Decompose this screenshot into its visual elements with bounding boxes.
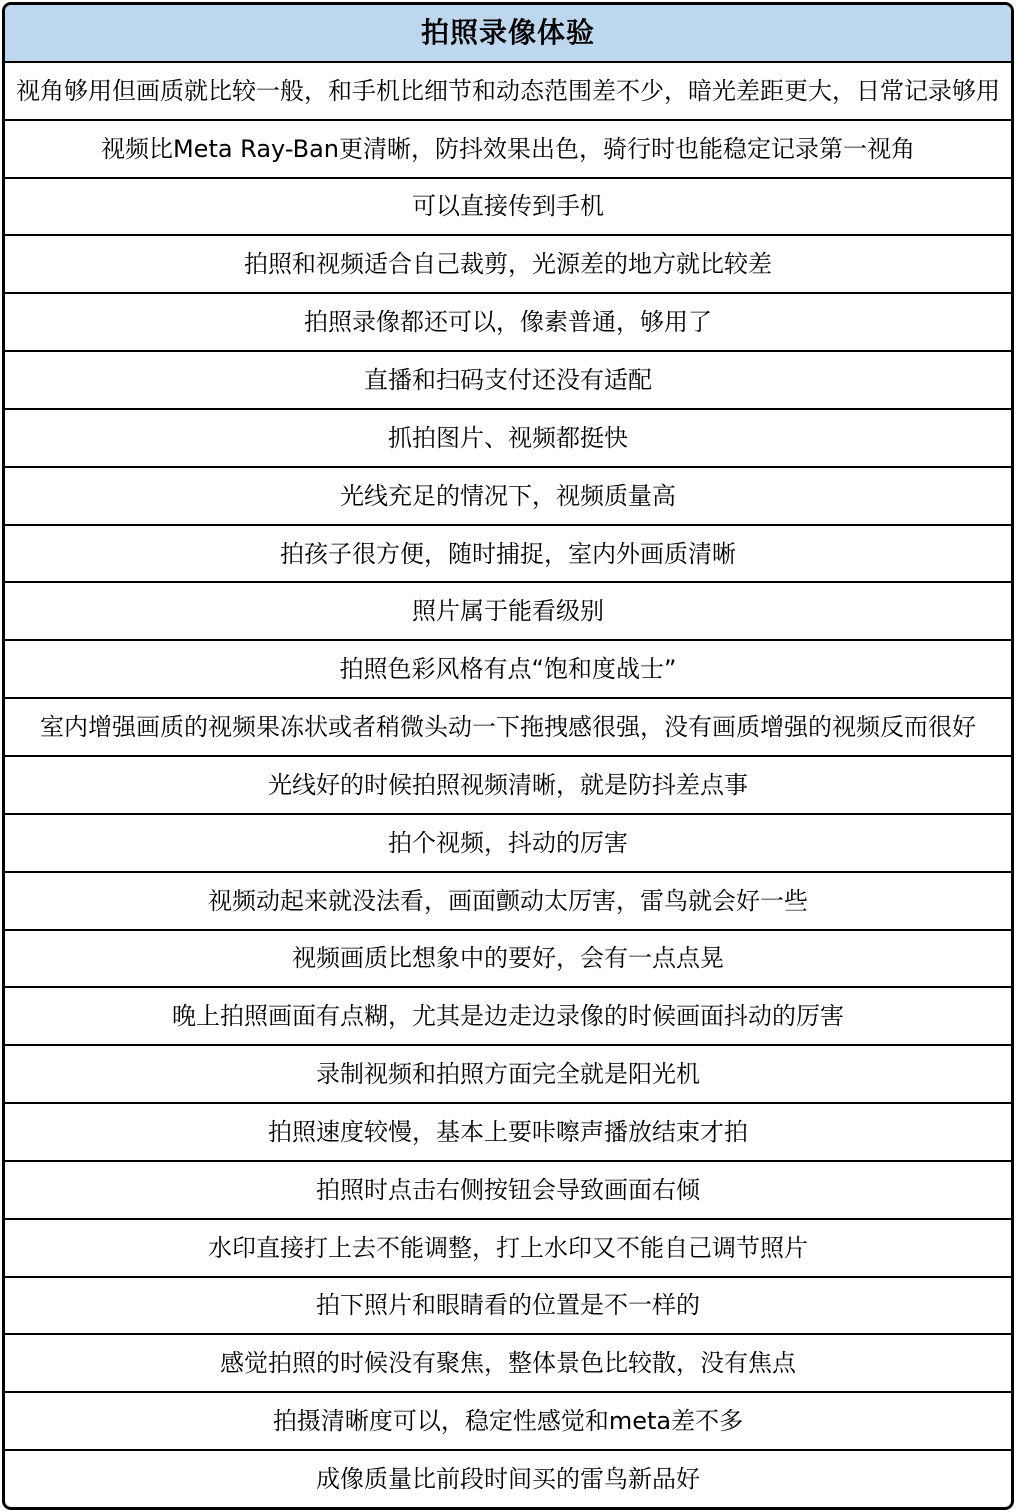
table-cell-text: 抓拍图片、视频都挺快 bbox=[388, 426, 628, 450]
table-row: 录制视频和拍照方面完全就是阳光机 bbox=[5, 1044, 1011, 1102]
table-cell-text: 照片属于能看级别 bbox=[412, 599, 604, 623]
table-row: 视频动起来就没法看，画面颤动太厉害，雷鸟就会好一些 bbox=[5, 871, 1011, 929]
table-cell-text: 直播和扫码支付还没有适配 bbox=[364, 368, 652, 392]
table-cell-text: 拍照和视频适合自己裁剪，光源差的地方就比较差 bbox=[244, 252, 772, 276]
table-row: 直播和扫码支付还没有适配 bbox=[5, 350, 1011, 408]
table-row: 拍照色彩风格有点“饱和度战士” bbox=[5, 639, 1011, 697]
table-row: 拍摄清晰度可以，稳定性感觉和meta差不多 bbox=[5, 1391, 1011, 1449]
table-row: 拍个视频，抖动的厉害 bbox=[5, 813, 1011, 871]
table-cell-text: 晚上拍照画面有点糊，尤其是边走边录像的时候画面抖动的厉害 bbox=[172, 1004, 844, 1028]
table-row: 视角够用但画质就比较一般，和手机比细节和动态范围差不少，暗光差距更大，日常记录够… bbox=[5, 61, 1011, 119]
table-cell-text: 拍照录像都还可以，像素普通，够用了 bbox=[304, 310, 712, 334]
table-cell-text: 成像质量比前段时间买的雷鸟新品好 bbox=[316, 1467, 700, 1491]
table-row: 拍照和视频适合自己裁剪，光源差的地方就比较差 bbox=[5, 234, 1011, 292]
table-cell-text: 拍照速度较慢，基本上要咔嚓声播放结束才拍 bbox=[268, 1120, 748, 1144]
table-row: 拍照速度较慢，基本上要咔嚓声播放结束才拍 bbox=[5, 1102, 1011, 1160]
table-cell-text: 拍摄清晰度可以，稳定性感觉和meta差不多 bbox=[273, 1409, 743, 1433]
table-row: 水印直接打上去不能调整，打上水印又不能自己调节照片 bbox=[5, 1218, 1011, 1276]
table-cell-text: 拍照时点击右侧按钮会导致画面右倾 bbox=[316, 1178, 700, 1202]
table-cell-text: 拍孩子很方便，随时捕捉，室内外画质清晰 bbox=[280, 542, 736, 566]
table-row: 拍照时点击右侧按钮会导致画面右倾 bbox=[5, 1160, 1011, 1218]
table-row: 照片属于能看级别 bbox=[5, 581, 1011, 639]
table-cell-text: 拍下照片和眼睛看的位置是不一样的 bbox=[316, 1293, 700, 1317]
table-row: 感觉拍照的时候没有聚焦，整体景色比较散，没有焦点 bbox=[5, 1333, 1011, 1391]
table-header: 拍照录像体验 bbox=[5, 5, 1011, 61]
table-row: 拍照录像都还可以，像素普通，够用了 bbox=[5, 292, 1011, 350]
table-title: 拍照录像体验 bbox=[421, 19, 595, 47]
table-row: 晚上拍照画面有点糊，尤其是边走边录像的时候画面抖动的厉害 bbox=[5, 986, 1011, 1044]
table-cell-text: 感觉拍照的时候没有聚焦，整体景色比较散，没有焦点 bbox=[220, 1351, 796, 1375]
table-container: 拍照录像体验 视角够用但画质就比较一般，和手机比细节和动态范围差不少，暗光差距更… bbox=[0, 0, 1016, 1512]
table-row: 视频画质比想象中的要好，会有一点点晃 bbox=[5, 929, 1011, 987]
table-cell-text: 可以直接传到手机 bbox=[412, 194, 604, 218]
table-row: 可以直接传到手机 bbox=[5, 177, 1011, 235]
table-row: 抓拍图片、视频都挺快 bbox=[5, 408, 1011, 466]
table-cell-text: 室内增强画质的视频果冻状或者稍微头动一下拖拽感很强，没有画质增强的视频反而很好 bbox=[40, 715, 976, 739]
feedback-table: 拍照录像体验 视角够用但画质就比较一般，和手机比细节和动态范围差不少，暗光差距更… bbox=[2, 2, 1014, 1510]
table-cell-text: 拍照色彩风格有点“饱和度战士” bbox=[340, 657, 677, 681]
table-cell-text: 光线好的时候拍照视频清晰，就是防抖差点事 bbox=[268, 773, 748, 797]
table-cell-text: 视频比Meta Ray-Ban更清晰，防抖效果出色，骑行时也能稳定记录第一视角 bbox=[101, 137, 915, 161]
table-row: 拍下照片和眼睛看的位置是不一样的 bbox=[5, 1276, 1011, 1334]
table-cell-text: 录制视频和拍照方面完全就是阳光机 bbox=[316, 1062, 700, 1086]
table-cell-text: 光线充足的情况下，视频质量高 bbox=[340, 484, 676, 508]
table-row: 成像质量比前段时间买的雷鸟新品好 bbox=[5, 1449, 1011, 1507]
table-cell-text: 视频画质比想象中的要好，会有一点点晃 bbox=[292, 946, 724, 970]
table-row: 室内增强画质的视频果冻状或者稍微头动一下拖拽感很强，没有画质增强的视频反而很好 bbox=[5, 697, 1011, 755]
table-cell-text: 水印直接打上去不能调整，打上水印又不能自己调节照片 bbox=[208, 1236, 808, 1260]
table-cell-text: 视频动起来就没法看，画面颤动太厉害，雷鸟就会好一些 bbox=[208, 889, 808, 913]
table-cell-text: 拍个视频，抖动的厉害 bbox=[388, 831, 628, 855]
table-row: 光线好的时候拍照视频清晰，就是防抖差点事 bbox=[5, 755, 1011, 813]
table-row: 拍孩子很方便，随时捕捉，室内外画质清晰 bbox=[5, 524, 1011, 582]
table-row: 视频比Meta Ray-Ban更清晰，防抖效果出色，骑行时也能稳定记录第一视角 bbox=[5, 119, 1011, 177]
table-row: 光线充足的情况下，视频质量高 bbox=[5, 466, 1011, 524]
table-cell-text: 视角够用但画质就比较一般，和手机比细节和动态范围差不少，暗光差距更大，日常记录够… bbox=[16, 79, 1000, 103]
